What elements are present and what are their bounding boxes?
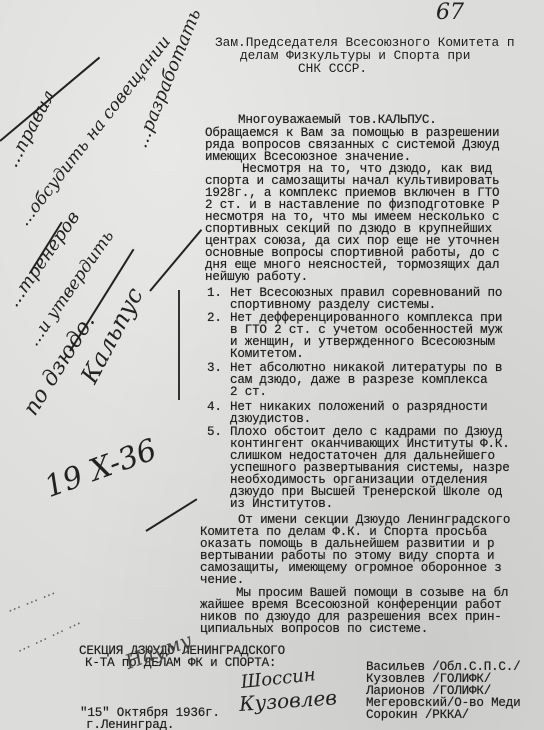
text-line: 2 ст. [230,386,267,399]
pen-stroke [149,229,202,292]
list-number: 4. [207,401,222,414]
list-number: 1. [207,287,222,300]
page-number: 67 [436,0,464,25]
faded-note: … … … … [13,612,83,656]
text-line: чение. [200,574,244,587]
faded-note: … … … [4,582,57,616]
text-line: из Институтов. [230,498,333,511]
list-number: 5. [207,426,222,439]
list-number: 3. [207,362,222,375]
handwritten-date: 19 X-36 [40,432,161,505]
text-line: самозащиты, имеющему огромное оборонное … [200,562,502,575]
text-line: сам дзюдо, даже в разрезе комплекса [230,374,488,387]
margin-bracket [178,290,180,400]
archival-document: 67 Зам.Председателя Всесоюзного Комитета… [0,0,544,730]
signatory: Сорокин /РККА/ [366,709,469,722]
text-line: спортивному разделу системы. [230,299,436,312]
text-line: ципиальных вопросов по системе. [200,623,428,636]
letter-place: г.Ленинград. [86,719,174,730]
list-number: 2. [207,312,222,325]
text-line: Комитетом. [230,348,304,361]
text-line: нейшую работу. [205,271,308,284]
addressee-line-3: СНК СССР. [298,62,367,75]
text-line: дзюудистов. [230,413,311,426]
org-line: К-ТА по ДЕЛАМ ФК и СПОРТА: [85,657,276,670]
pen-stroke [145,498,197,531]
salutation: Многоуважаемый тов.КАЛЬПУС. [238,114,437,127]
